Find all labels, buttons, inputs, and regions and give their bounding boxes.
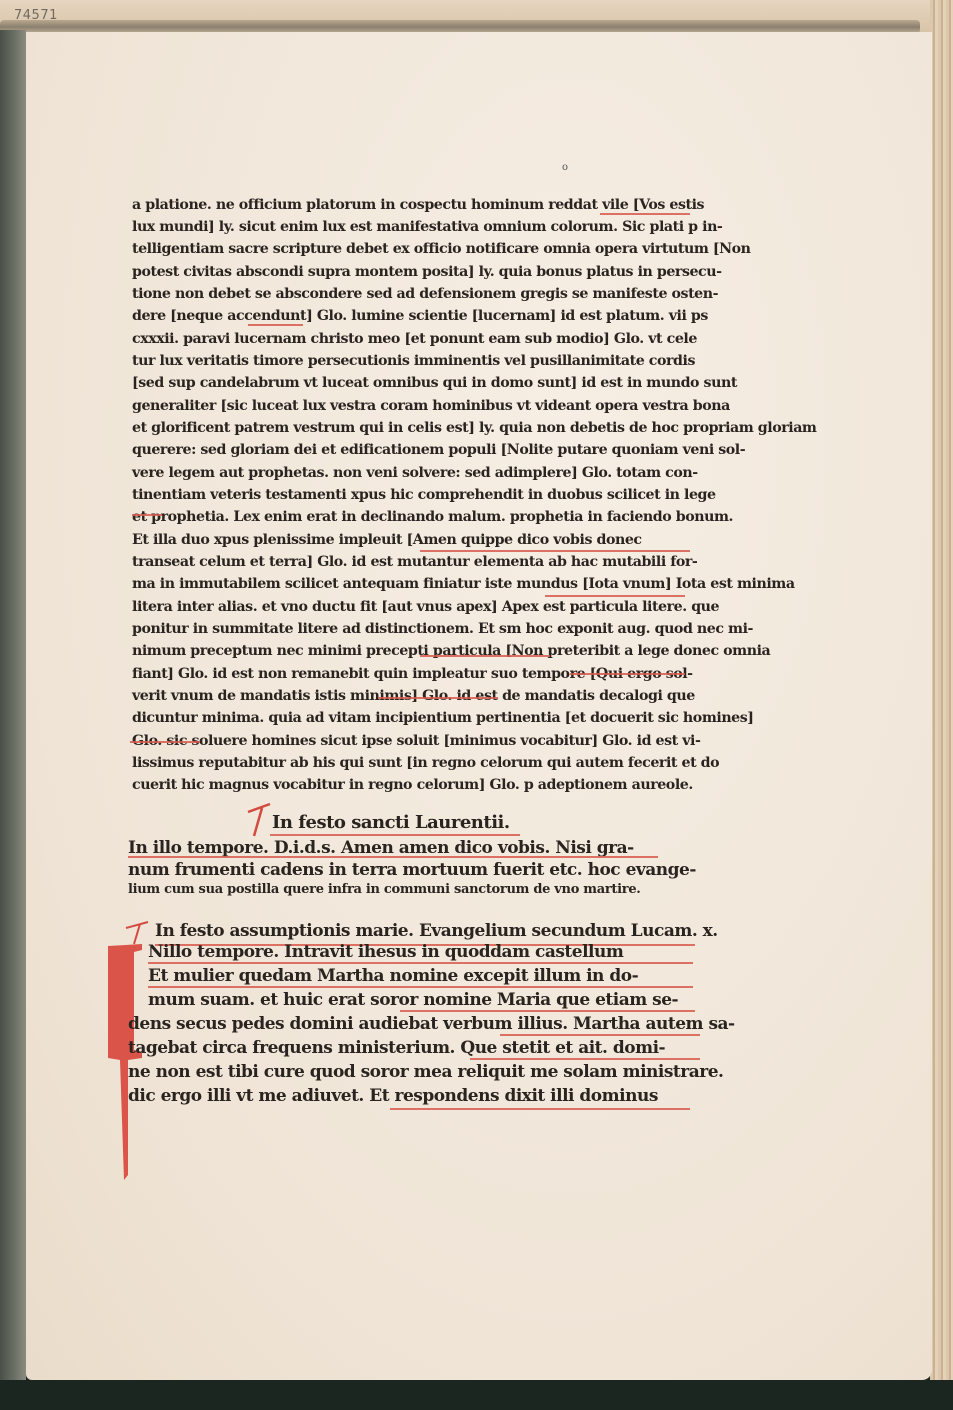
commentary-line: Glo. sic soluere homines sicut ipse solu… (132, 732, 700, 750)
laurentius-line: num frumenti cadens in terra mortuum fue… (128, 860, 696, 880)
commentary-line: telligentiam sacre scripture debet ex of… (132, 240, 751, 258)
commentary-line: Et illa duo xpus plenissime impleuit [Am… (132, 531, 642, 549)
commentary-line: potest civitas abscondi supra montem pos… (132, 263, 722, 281)
commentary-line: litera inter alias. et vno ductu fit [au… (132, 598, 719, 616)
rubric-underline (400, 1010, 695, 1012)
commentary-line: ma in immutabilem scilicet antequam fini… (132, 575, 795, 593)
assumptio-line: Nillo tempore. Intravit ihesus in quodda… (148, 942, 623, 962)
commentary-line: lux mundi] ly. sicut enim lux est manife… (132, 218, 722, 236)
laurentius-line: lium cum sua postilla quere infra in com… (128, 882, 641, 897)
commentary-line: transeat celum et terra] Glo. id est mut… (132, 553, 697, 571)
rubric-underline (500, 1034, 700, 1036)
rubric-underline (248, 324, 303, 326)
commentary-line: dicuntur minima. quia ad vitam incipient… (132, 709, 754, 727)
commentary-line: nimum preceptum nec minimi precepti part… (132, 642, 770, 660)
commentary-line: et prophetia. Lex enim erat in declinand… (132, 508, 733, 526)
commentary-line: cuerit hic magnus vocabitur in regno cel… (132, 776, 693, 794)
commentary-line: [sed sup candelabrum vt luceat omnibus q… (132, 374, 737, 392)
heading-underline (270, 834, 520, 836)
commentary-line: tinentiam veteris testamenti xpus hic co… (132, 486, 716, 504)
rubric-underline (545, 595, 685, 597)
rubric-underline (570, 673, 685, 675)
rubric-underline (130, 741, 200, 743)
rubric-underline (600, 213, 690, 215)
commentary-line: querere: sed gloriam dei et edificatione… (132, 441, 745, 459)
commentary-line: generaliter [sic luceat lux vestra coram… (132, 397, 730, 415)
assumptio-line: dens secus pedes domini audiebat verbum … (128, 1014, 735, 1034)
rubric-underline (470, 1058, 700, 1060)
rubricated-initial-I-icon: I (108, 940, 142, 1180)
commentary-line: lissimus reputabitur ab his qui sunt [in… (132, 754, 719, 772)
commentary-line: vere legem aut prophetas. non veni solve… (132, 464, 698, 482)
section-heading-assumptio: In festo assumptionis marie. Evangelium … (155, 921, 718, 941)
rubric-underline (148, 962, 693, 964)
assumptio-line: ne non est tibi cure quod soror mea reli… (128, 1062, 723, 1082)
commentary-line: verit vnum de mandatis istis minimis] Gl… (132, 687, 695, 705)
left-binding-spine (0, 30, 26, 1410)
right-page-stack-edge (930, 0, 953, 1380)
laurentius-line: In illo tempore. D.i.d.s. Amen amen dico… (128, 838, 634, 858)
assumptio-line: tagebat circa frequens ministerium. Que … (128, 1038, 665, 1058)
leaf-mark: o (562, 162, 568, 173)
rubric-underline (378, 697, 498, 699)
scan-background-bottom (0, 1380, 953, 1410)
commentary-line: dere [neque accendunt] Glo. lumine scien… (132, 307, 708, 325)
rubric-underline (390, 1108, 690, 1110)
rubric-underline (128, 856, 658, 858)
shelfmark-label: 74571 (14, 8, 58, 23)
assumptio-line: Et mulier quedam Martha nomine excepit i… (148, 966, 638, 986)
commentary-line: cxxxii. paravi lucernam christo meo [et … (132, 330, 697, 348)
commentary-line: a platione. ne officium platorum in cosp… (132, 196, 704, 214)
paragraph-mark-icon (240, 800, 280, 840)
commentary-line: ponitur in summitate litere ad distincti… (132, 620, 753, 638)
commentary-line: et glorificent patrem vestrum qui in cel… (132, 419, 817, 437)
assumptio-line: mum suam. et huic erat soror nomine Mari… (148, 990, 678, 1010)
commentary-line: tione non debet se abscondere sed ad def… (132, 285, 718, 303)
rubric-underline (420, 655, 550, 657)
rubric-underline (420, 550, 690, 552)
section-heading-laurentius: In festo sancti Laurentii. (272, 812, 510, 833)
commentary-line: tur lux veritatis timore persecutionis i… (132, 352, 695, 370)
rubric-underline (132, 514, 162, 516)
svg-text:I: I (112, 940, 113, 941)
rubric-underline (148, 986, 693, 988)
assumptio-line: dic ergo illi vt me adiuvet. Et responde… (128, 1086, 658, 1106)
